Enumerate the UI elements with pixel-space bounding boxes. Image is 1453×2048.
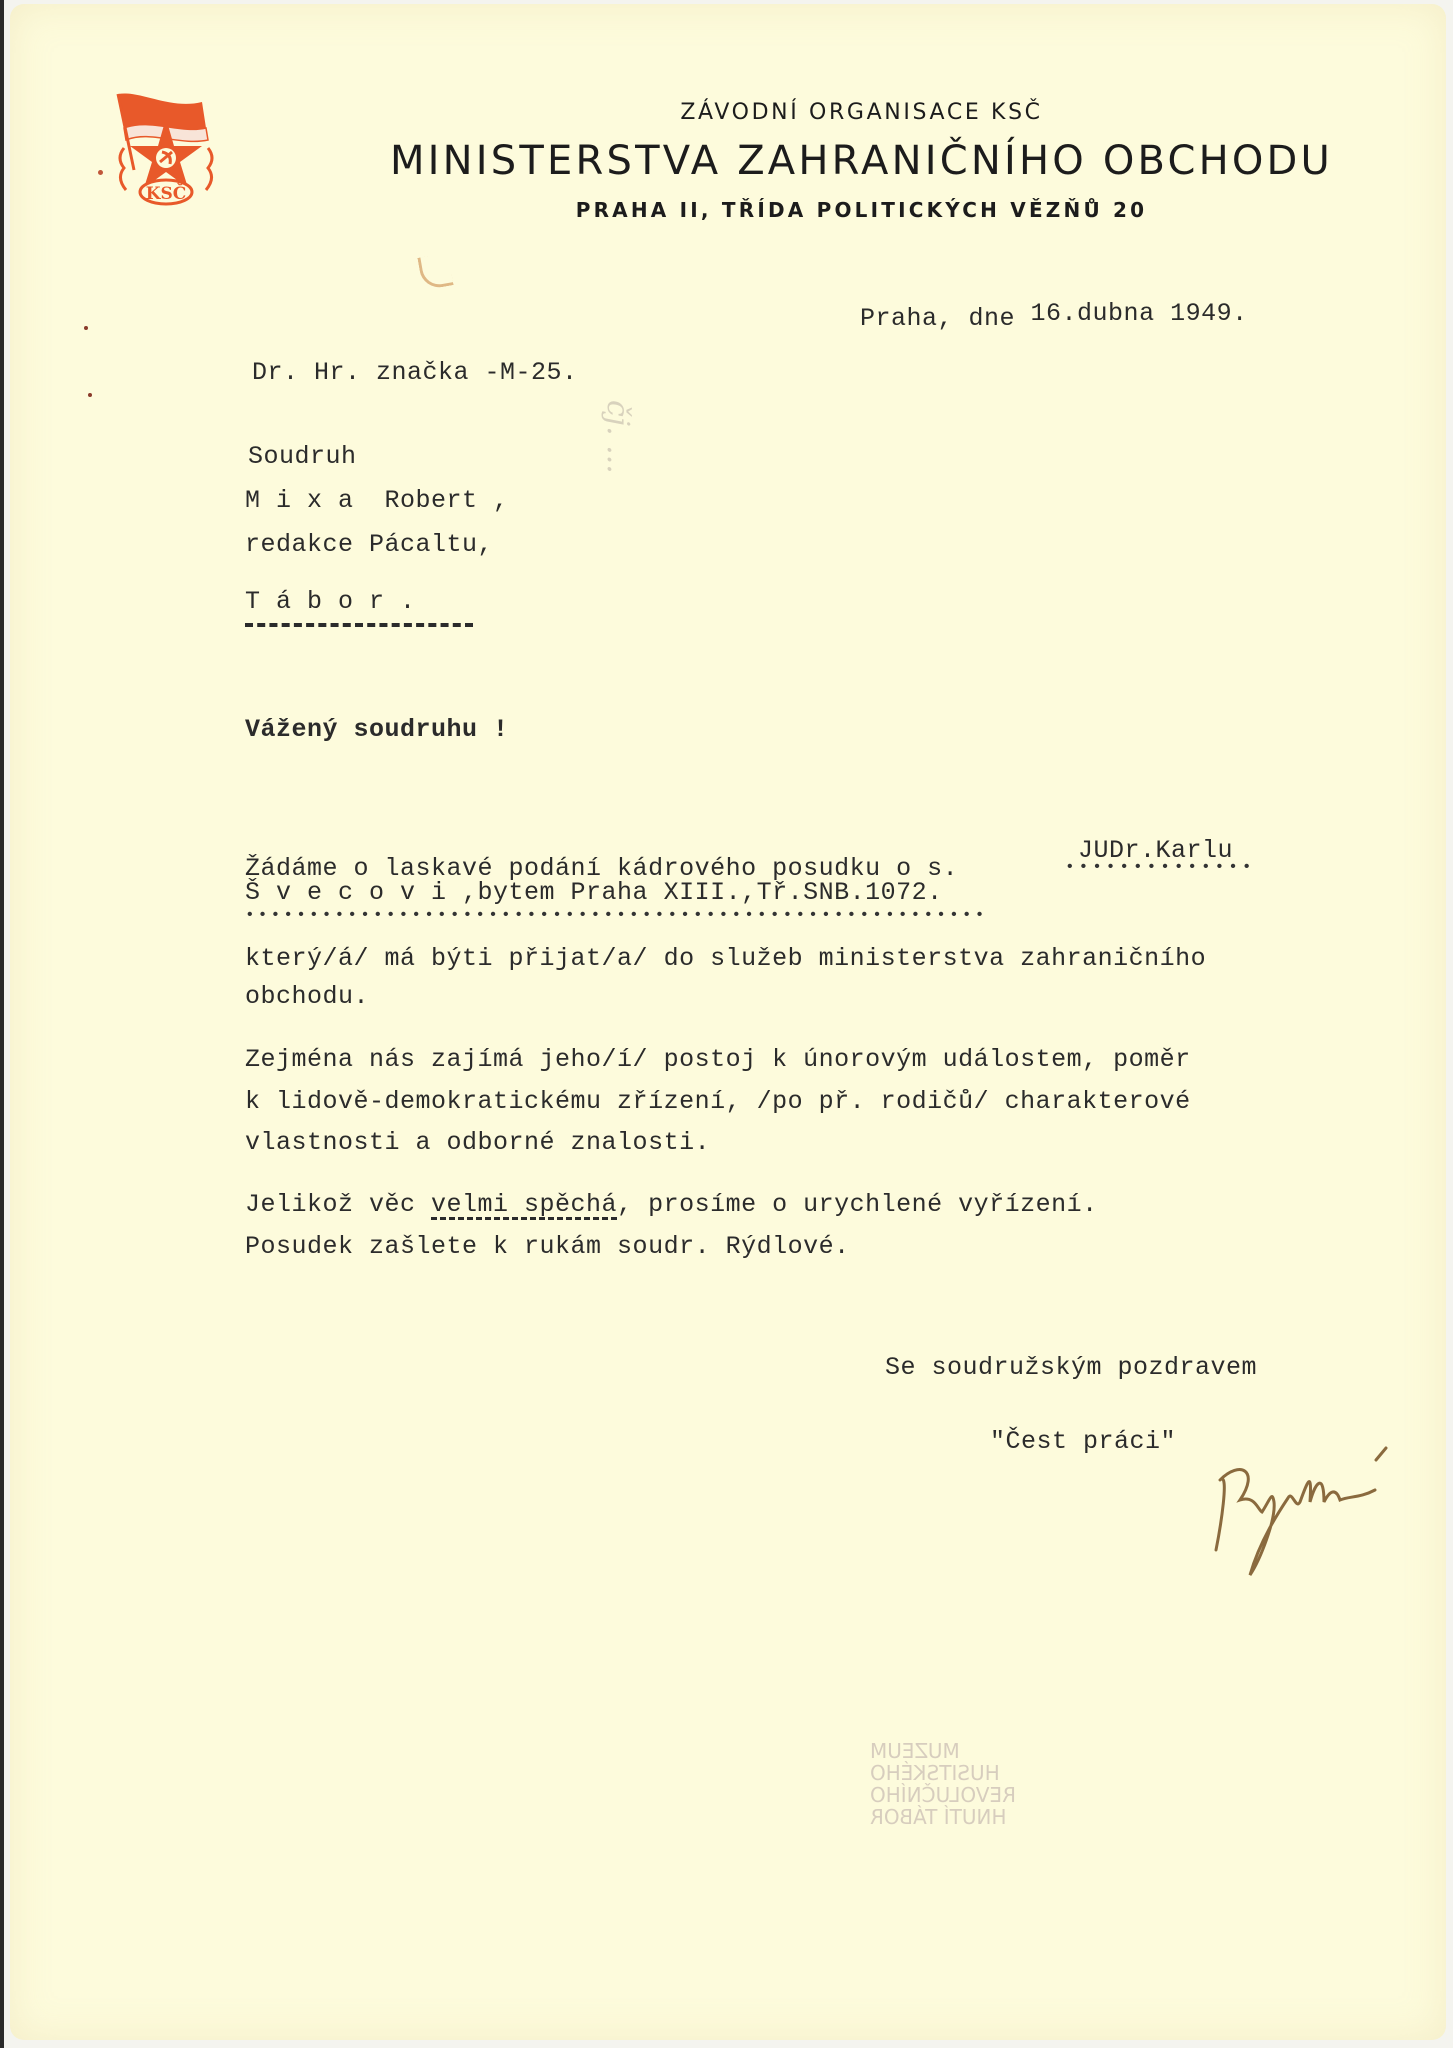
paragraph-3-line-1: Jelikož věc velmi spěchá, prosíme o uryc… bbox=[245, 1190, 1098, 1219]
paragraph-2-line-1: Zejména nás zajímá jeho/í/ postoj k únor… bbox=[245, 1045, 1191, 1074]
stamp-line: HUSITSKÉHO bbox=[870, 1762, 1140, 1784]
date-value: 16.dubna 1949. bbox=[1031, 299, 1248, 328]
letterhead-organization: ZÁVODNÍ ORGANISACE KSČ bbox=[135, 100, 1453, 125]
reference-number: Dr. Hr. značka -M-25. bbox=[252, 358, 578, 387]
scan-edge bbox=[0, 0, 4, 2048]
paper-speck bbox=[88, 393, 92, 397]
request-line-2: Š v e c o v i ,bytem Praha XIII.,Tř.SNB.… bbox=[245, 878, 943, 907]
dotted-fill-1: •••••••••••••• bbox=[1065, 858, 1255, 876]
recipient-city: T á b o r . bbox=[245, 587, 416, 616]
date-place: Praha, dne bbox=[860, 304, 1015, 333]
closing-motto: "Čest práci" bbox=[990, 1427, 1176, 1456]
paragraph-2-line-2: k lidově-demokratickému zřízení, /po př.… bbox=[245, 1087, 1191, 1116]
stamp-line: MUZEUM bbox=[870, 1740, 1140, 1762]
stamp-line: HNUTÍ TÁBOR bbox=[870, 1806, 1140, 1828]
salutation: Vážený soudruhu ! bbox=[245, 715, 509, 744]
paper-speck bbox=[84, 326, 88, 330]
paragraph-2-line-3: vlastnosti a odborné znalosti. bbox=[245, 1128, 710, 1157]
dotted-fill-2: ••••••••••••••••••••••••••••••••••••••••… bbox=[245, 906, 988, 924]
letterhead-address: PRAHA II, TŘÍDA POLITICKÝCH VĚZŇŮ 20 bbox=[135, 198, 1453, 222]
city-underline bbox=[245, 623, 473, 627]
urgent-emphasis: velmi spěchá bbox=[431, 1190, 617, 1219]
closing-greeting: Se soudružským pozdravem bbox=[885, 1353, 1257, 1382]
paragraph-1-line-2: obchodu. bbox=[245, 982, 369, 1011]
museum-stamp-bleedthrough: MUZEUM HUSITSKÉHO REVOLUČNÍHO HNUTÍ TÁBO… bbox=[870, 1740, 1140, 1860]
pencil-note: čj. ... bbox=[600, 400, 635, 474]
stamp-line: REVOLUČNÍHO bbox=[870, 1784, 1140, 1806]
date-line: Praha, dne 16.dubna 1949. bbox=[860, 304, 1248, 333]
recipient-title: Soudruh bbox=[248, 442, 357, 471]
paragraph-1-line-1: který/á/ má býti přijat/a/ do služeb min… bbox=[245, 944, 1206, 973]
paper-speck bbox=[98, 170, 103, 175]
signature bbox=[1200, 1440, 1410, 1580]
recipient-office: redakce Pácaltu, bbox=[245, 530, 493, 559]
paragraph-3-prefix: Jelikož věc bbox=[245, 1190, 431, 1219]
paragraph-3-suffix: , prosíme o urychlené vyřízení. bbox=[617, 1190, 1098, 1219]
letterhead-ministry: MINISTERSTVA ZAHRANIČNÍHO OBCHODU bbox=[135, 138, 1453, 184]
recipient-name: M i x a Robert , bbox=[245, 486, 509, 515]
paragraph-3-line-2: Posudek zašlete k rukám soudr. Rýdlové. bbox=[245, 1232, 850, 1261]
